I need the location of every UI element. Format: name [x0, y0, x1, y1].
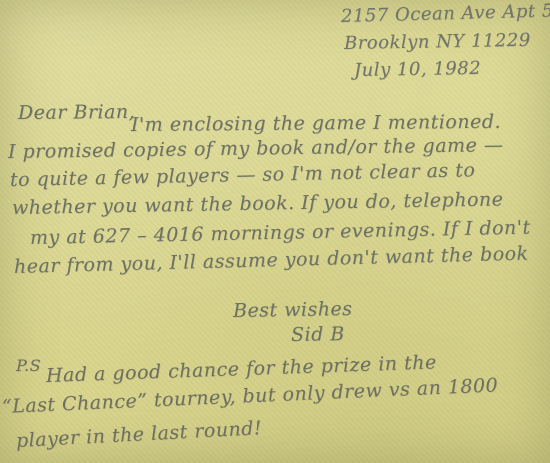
ps-label: P.S	[16, 356, 41, 375]
salutation: Dear Brian,	[18, 101, 135, 124]
body-line: to quite a few players — so I'm not clea…	[10, 159, 476, 191]
signature: Sid B	[291, 323, 345, 346]
ps-line: player in the last round!	[15, 417, 262, 452]
address-line-1: 2157 Ocean Ave Apt 5G	[341, 0, 550, 27]
letter-paper: 2157 Ocean Ave Apt 5G Brooklyn NY 11229 …	[0, 0, 550, 463]
body-line: I promised copies of my book and/or the …	[8, 134, 504, 163]
date-line: July 10, 1982	[354, 58, 481, 81]
address-line-2: Brooklyn NY 11229	[344, 30, 531, 54]
body-line: hear from you, I'll assume you don't wan…	[14, 243, 529, 278]
body-line: whether you want the book. If you do, te…	[12, 188, 504, 219]
closing: Best wishes	[233, 298, 353, 322]
body-line: I'm enclosing the game I mentioned.	[131, 111, 501, 136]
